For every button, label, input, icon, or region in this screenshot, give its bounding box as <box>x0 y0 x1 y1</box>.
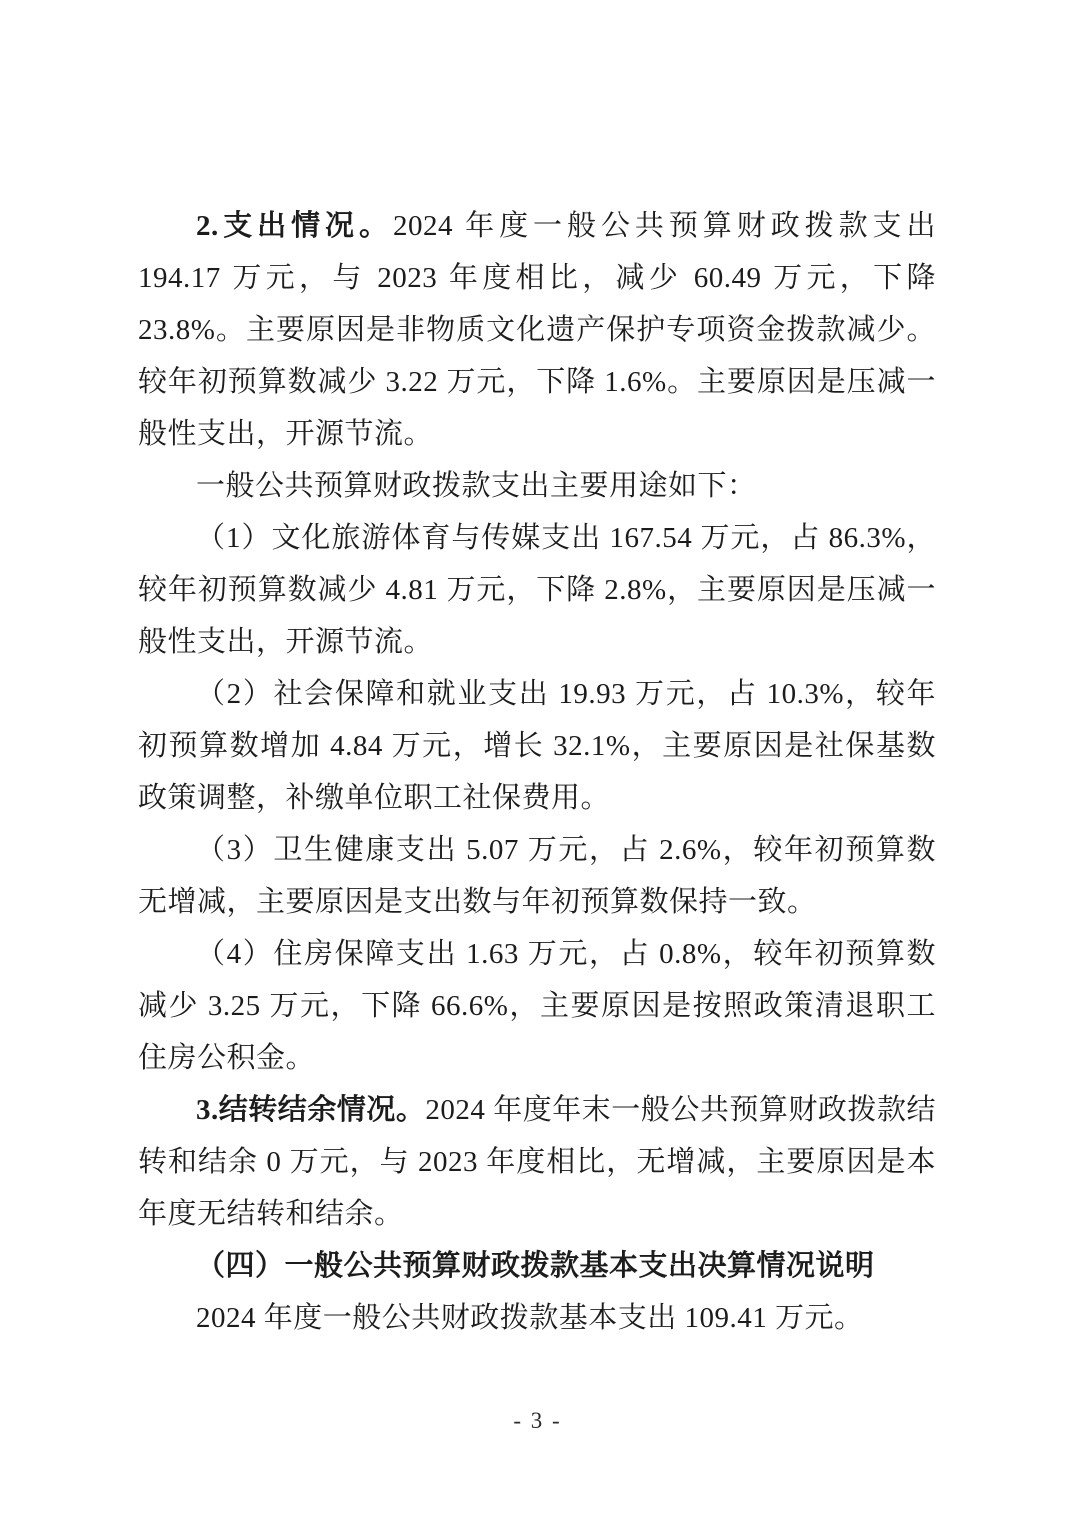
paragraph-text: （1）文化旅游体育与传媒支出 167.54 万元，占 86.3%，较年初预算数减… <box>138 522 936 658</box>
paragraph-item-3-health: （3）卫生健康支出 5.07 万元，占 2.6%，较年初预算数无增减，主要原因是… <box>138 824 936 928</box>
paragraph-text: 2024 年度一般公共财政拨款基本支出 109.41 万元。 <box>196 1302 864 1334</box>
paragraph-item-2-social-security-employment: （2）社会保障和就业支出 19.93 万元，占 10.3%，较年初预算数增加 4… <box>138 668 936 824</box>
paragraph-item-1-culture-tourism-media: （1）文化旅游体育与传媒支出 167.54 万元，占 86.3%，较年初预算数减… <box>138 512 936 668</box>
paragraph-expenditure-situation: 2.支出情况。2024 年度一般公共预算财政拨款支出 194.17 万元，与 2… <box>138 200 936 460</box>
paragraph-item-4-housing-security: （4）住房保障支出 1.63 万元，占 0.8%，较年初预算数减少 3.25 万… <box>138 928 936 1084</box>
paragraph-carryover-balance: 3.结转结余情况。2024 年度年末一般公共预算财政拨款结转和结余 0 万元，与… <box>138 1084 936 1240</box>
paragraph-lead-expenditure: 2.支出情况。 <box>196 210 393 242</box>
paragraph-text: （4）住房保障支出 1.63 万元，占 0.8%，较年初预算数减少 3.25 万… <box>138 938 936 1074</box>
paragraph-basic-expenditure-amount: 2024 年度一般公共财政拨款基本支出 109.41 万元。 <box>138 1292 936 1344</box>
heading-section-4-basic-expenditure: （四）一般公共预算财政拨款基本支出决算情况说明 <box>138 1240 936 1292</box>
heading-text: （四）一般公共预算财政拨款基本支出决算情况说明 <box>196 1250 875 1282</box>
paragraph-text: （3）卫生健康支出 5.07 万元，占 2.6%，较年初预算数无增减，主要原因是… <box>138 834 936 918</box>
paragraph-text: 一般公共预算财政拨款支出主要用途如下： <box>196 470 757 502</box>
document-page: 2.支出情况。2024 年度一般公共预算财政拨款支出 194.17 万元，与 2… <box>0 0 1075 1520</box>
paragraph-text: （2）社会保障和就业支出 19.93 万元，占 10.3%，较年初预算数增加 4… <box>138 678 936 814</box>
paragraph-lead-carryover: 3.结转结余情况。 <box>196 1094 425 1126</box>
document-body: 2.支出情况。2024 年度一般公共预算财政拨款支出 194.17 万元，与 2… <box>138 200 936 1344</box>
paragraph-text: 2024 年度一般公共预算财政拨款支出 194.17 万元，与 2023 年度相… <box>138 210 936 450</box>
page-number: - 3 - <box>0 1406 1075 1436</box>
paragraph-usage-intro: 一般公共预算财政拨款支出主要用途如下： <box>138 460 936 512</box>
